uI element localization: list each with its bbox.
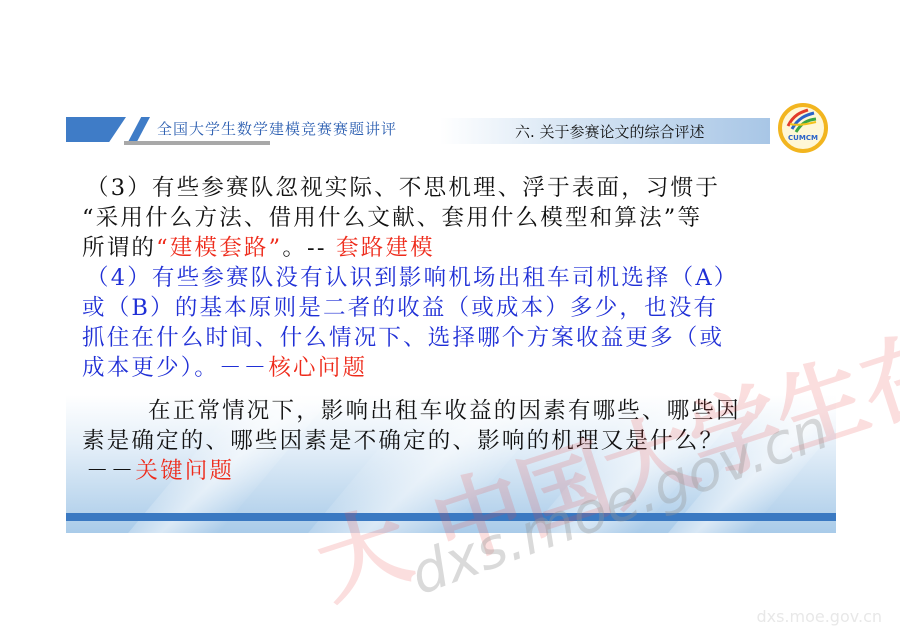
svg-text:CUMCM: CUMCM (788, 134, 818, 142)
p5-prefix: －－ (86, 458, 135, 484)
p5-line3: －－关键问题 (86, 456, 234, 486)
p5-line1: 在正常情况下，影响出租车收益的因素有哪些、哪些因 (148, 396, 741, 426)
course-title: 全国大学生数学建模竞赛赛题讲评 (157, 118, 397, 139)
bottom-band (66, 513, 836, 521)
p4-line4: 成本更少）。－－核心问题 (82, 353, 367, 383)
routine-modeling-label: 套路建模 (336, 235, 435, 261)
p4-line1: （4）有些参赛队没有认识到影响机场出租车司机选择（A） (86, 263, 738, 293)
core-issue-label: 核心问题 (268, 355, 367, 381)
p4-line2: 或（B）的基本原则是二者的收益（或成本）多少，也没有 (82, 293, 718, 323)
watermark-corner: dxs.moe.gov.cn (756, 607, 882, 626)
header-block-decoration (66, 117, 126, 142)
modeling-routine-quote: “建模套路” (156, 235, 282, 261)
p4-line3: 抓住在什么时间、什么情况下、选择哪个方案收益更多（或 (82, 323, 724, 353)
section-title: 六. 关于参赛论文的综合评述 (515, 121, 705, 142)
p3-line1: （3）有些参赛队忽视实际、不思机理、浮于表面，习惯于 (86, 173, 720, 203)
p3-prefix: 所谓的 (82, 235, 156, 261)
header-slash-decoration (128, 117, 150, 142)
p3-line2: “采用什么方法、借用什么文献、套用什么模型和算法”等 (82, 203, 702, 233)
cumcm-logo-icon: CUMCM (778, 102, 828, 154)
p5-line2: 素是确定的、哪些因素是不确定的、影响的机理又是什么？ (82, 426, 724, 456)
p4-prefix: 成本更少）。－－ (82, 355, 268, 381)
key-issue-label: 关键问题 (135, 458, 234, 484)
p3-separator: 。-- (282, 235, 336, 261)
header-underline (124, 141, 270, 145)
p3-line3: 所谓的“建模套路”。-- 套路建模 (82, 233, 435, 263)
